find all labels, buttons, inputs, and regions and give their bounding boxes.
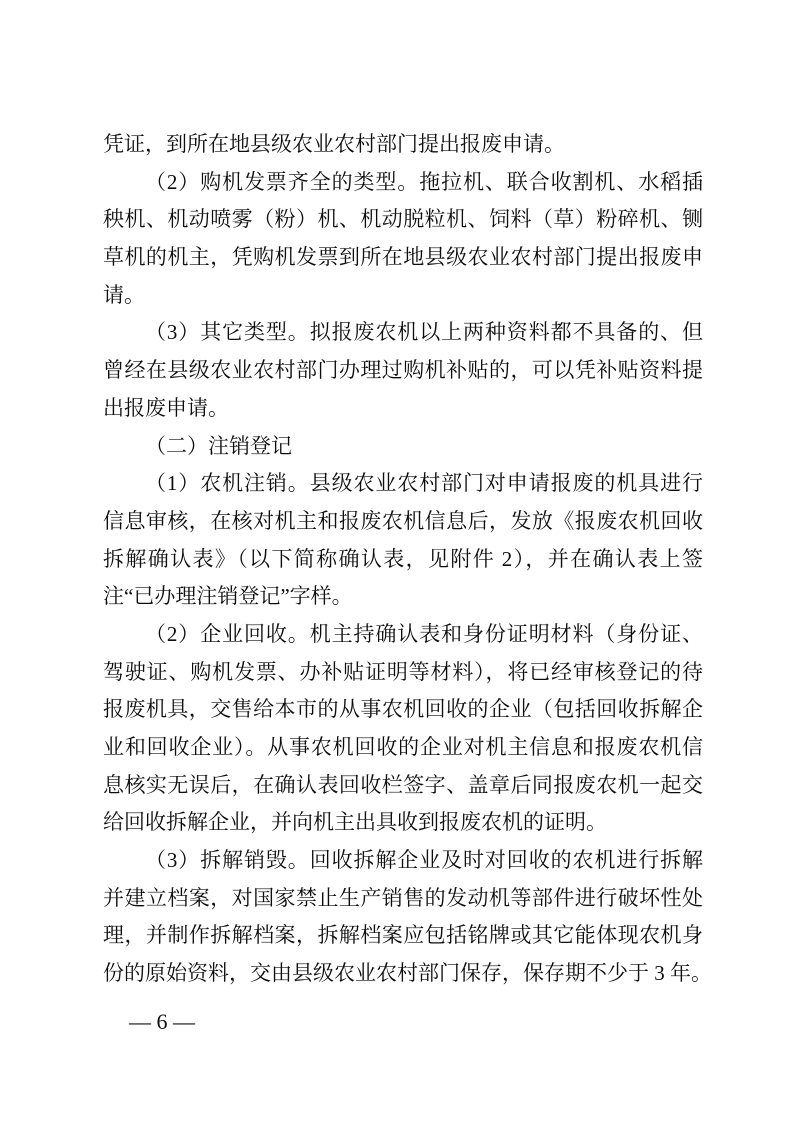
text-line: 理，并制作拆解档案，拆解档案应包括铭牌或其它能体现农机身 (103, 917, 703, 955)
para-machine-deregistration: （1）农机注销。县级农业农村部门对申请报废的机具进行信息审核，在核对机主和报废农… (103, 465, 703, 616)
para-dismantling-destruction: （3）拆解销毁。回收拆解企业及时对回收的农机进行拆解并建立档案，对国家禁止生产销… (103, 842, 703, 993)
text-line: 秧机、机动喷雾（粉）机、机动脱粒机、饲料（草）粉碎机、铡 (103, 201, 703, 239)
text-content: 凭证，到所在地县级农业农村部门提出报废申请。（2）购机发票齐全的类型。拖拉机、联… (103, 126, 703, 993)
text-line: 信息审核，在核对机主和报废农机信息后，发放《报废农机回收 (103, 503, 703, 541)
text-line: 业和回收企业）。从事农机回收的企业对机主信息和报废农机信 (103, 729, 703, 767)
text-line: （2）购机发票齐全的类型。拖拉机、联合收割机、水稻插 (103, 164, 703, 202)
text-line: 驾驶证、购机发票、办补贴证明等材料），将已经审核登记的待 (103, 654, 703, 692)
text-line: （3）拆解销毁。回收拆解企业及时对回收的农机进行拆解 (103, 842, 703, 880)
page-number: — 6 — (129, 1009, 195, 1035)
text-line: 注“已办理注销登记”字样。 (103, 578, 703, 616)
text-line: （1）农机注销。县级农业农村部门对申请报废的机具进行 (103, 465, 703, 503)
text-line: 给回收拆解企业，并向机主出具收到报废农机的证明。 (103, 804, 703, 842)
text-line: 并建立档案，对国家禁止生产销售的发动机等部件进行破坏性处 (103, 880, 703, 918)
heading-deregistration: （二）注销登记 (103, 428, 703, 466)
para-continued-application: 凭证，到所在地县级农业农村部门提出报废申请。 (103, 126, 703, 164)
para-other-type: （3）其它类型。拟报废农机以上两种资料都不具备的、但曾经在县级农业农村部门办理过… (103, 314, 703, 427)
para-enterprise-recycling: （2）企业回收。机主持确认表和身份证明材料（身份证、驾驶证、购机发票、办补贴证明… (103, 616, 703, 842)
text-line: 息核实无误后，在确认表回收栏签字、盖章后同报废农机一起交 (103, 767, 703, 805)
para-invoice-complete-type: （2）购机发票齐全的类型。拖拉机、联合收割机、水稻插秧机、机动喷雾（粉）机、机动… (103, 164, 703, 315)
text-line: 曾经在县级农业农村部门办理过购机补贴的，可以凭补贴资料提 (103, 352, 703, 390)
text-line: 草机的机主，凭购机发票到所在地县级农业农村部门提出报废申 (103, 239, 703, 277)
text-line: 请。 (103, 277, 703, 315)
text-line: 拆解确认表》（以下简称确认表，见附件 2），并在确认表上签 (103, 541, 703, 579)
text-line: 出报废申请。 (103, 390, 703, 428)
text-line: （二）注销登记 (103, 428, 703, 466)
text-line: 报废机具，交售给本市的从事农机回收的企业（包括回收拆解企 (103, 691, 703, 729)
text-line: （3）其它类型。拟报废农机以上两种资料都不具备的、但 (103, 314, 703, 352)
text-line: （2）企业回收。机主持确认表和身份证明材料（身份证、 (103, 616, 703, 654)
text-line: 份的原始资料，交由县级农业农村部门保存，保存期不少于 3 年。 (103, 955, 703, 993)
document-page: 凭证，到所在地县级农业农村部门提出报废申请。（2）购机发票齐全的类型。拖拉机、联… (0, 0, 793, 1122)
text-line: 凭证，到所在地县级农业农村部门提出报废申请。 (103, 126, 703, 164)
